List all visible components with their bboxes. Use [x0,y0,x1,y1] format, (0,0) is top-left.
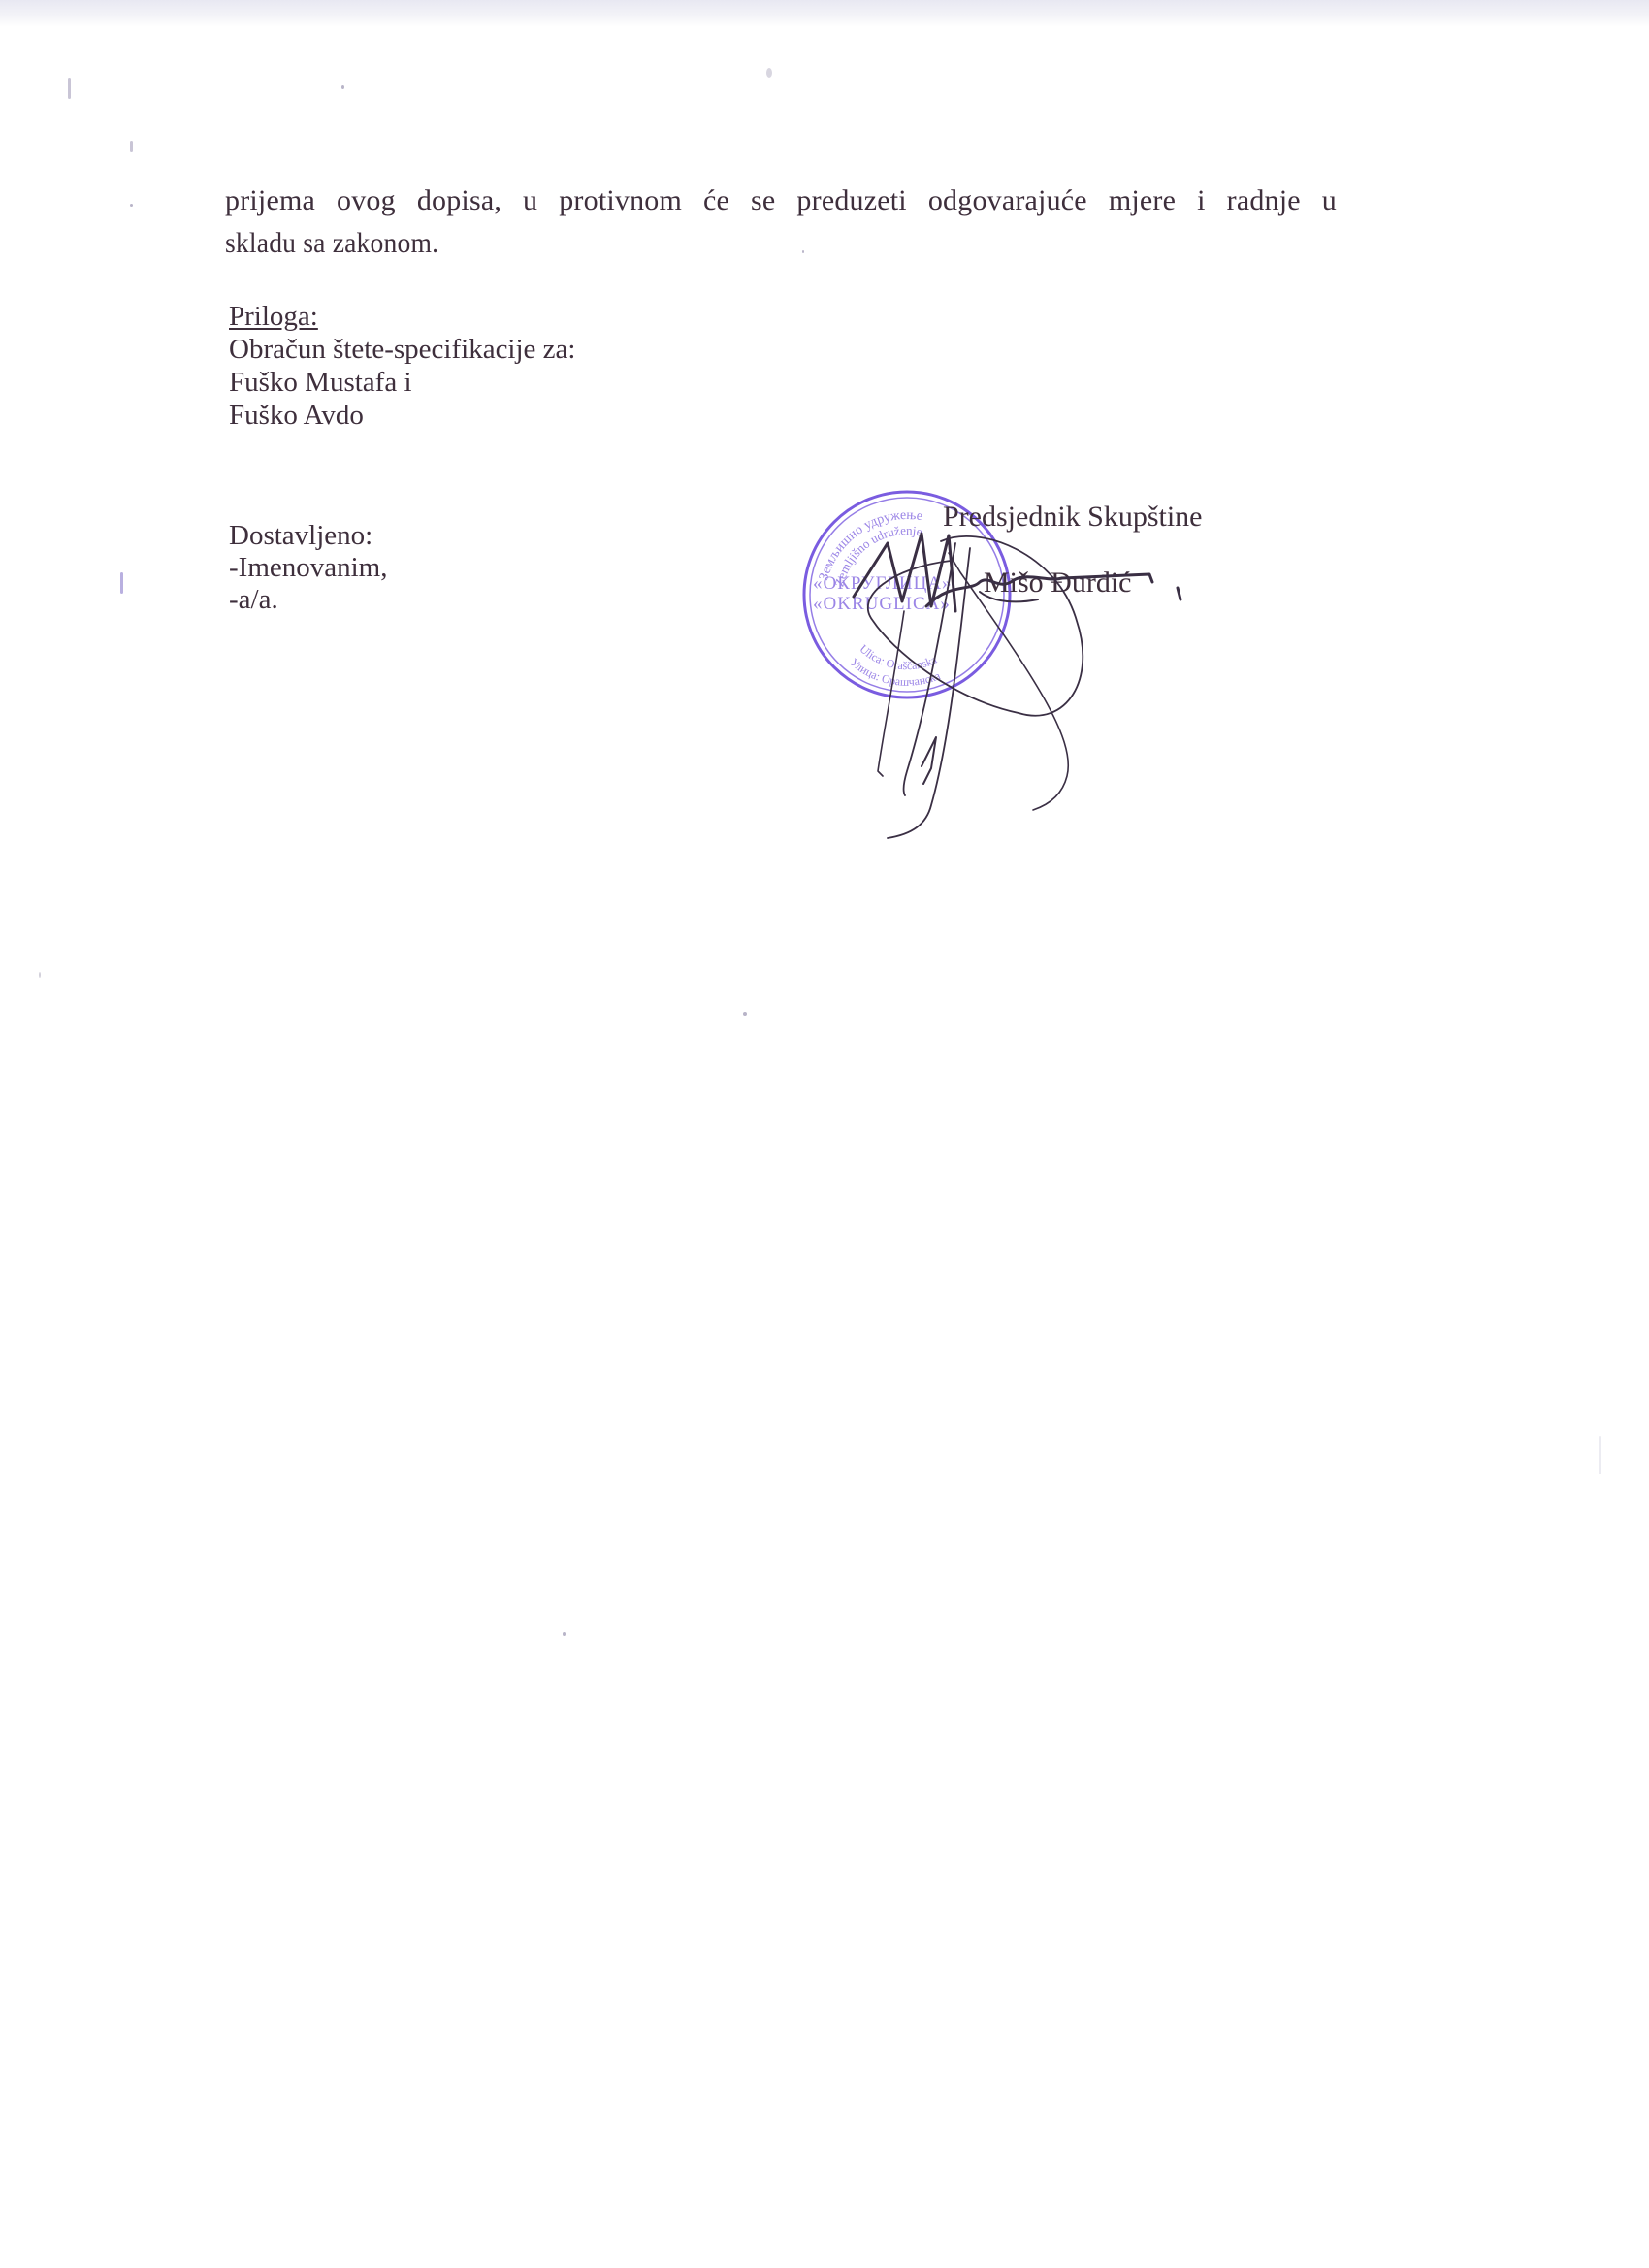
attachment-item: Obračun štete-specifikacije za: [229,333,575,366]
scan-artifact [743,1012,747,1016]
body-line: prijema ovog dopisa, u protivnom će se p… [225,179,1337,222]
distribution-item: -Imenovanim, [229,552,387,584]
scan-artifact [130,141,133,152]
body-paragraph: prijema ovog dopisa, u protivnom će se p… [225,179,1341,265]
stamp-text: «ОКРУГЛИЦА» [813,573,953,594]
scan-artifact [130,204,133,207]
stamp-text: «OKRUGLICA» [813,594,951,614]
scan-artifact [39,972,41,978]
body-line: skladu sa zakonom. [225,222,1251,265]
signatory-title: Predsjednik Skupštine [943,501,1203,534]
scan-artifact [68,78,71,99]
distribution-section: Dostavljeno: -Imenovanim, -a/a. [229,520,387,616]
attachment-item: Fuško Mustafa i [229,366,575,399]
distribution-heading: Dostavljeno: [229,520,387,552]
scan-artifact [341,85,344,89]
scan-artifact [1599,1436,1600,1474]
attachments-section: Priloga: Obračun štete-specifikacije za:… [229,300,575,432]
document-page: prijema ovog dopisa, u protivnom će se p… [0,0,1649,2268]
scan-artifact [563,1632,566,1636]
attachments-heading: Priloga: [229,300,575,333]
scan-artifact [120,572,123,594]
attachment-item: Fuško Avdo [229,399,575,432]
scan-artifact [766,68,772,78]
signatory-name: Mišo Đurđić [984,567,1203,599]
distribution-item: -a/a. [229,584,387,616]
signature-block: Predsjednik Skupštine Mišo Đurđić [943,501,1203,599]
